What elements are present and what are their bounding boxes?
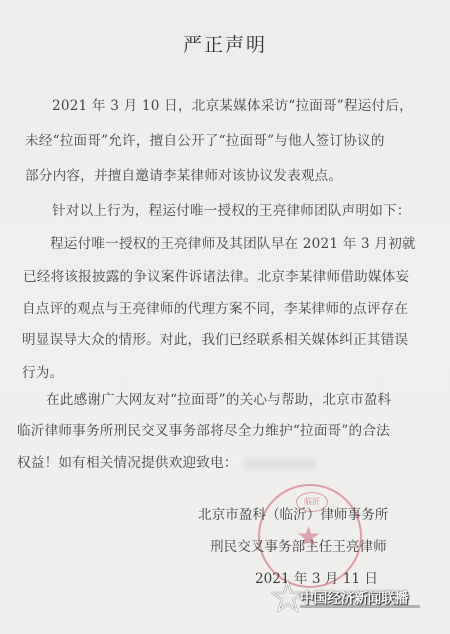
document-title: 严正声明 [0, 30, 450, 57]
statement-document: 严正声明 2021 年 3 月 10 日，北京某媒体采访“拉面哥”程运付后， 未… [0, 0, 450, 634]
paragraph-3-line-3: 自点评的观点与王亮律师的代理方案不同，李某律师的点评存在 [22, 297, 408, 317]
contact-prompt: 权益！如有相关情况提供欢迎致电： [17, 455, 238, 471]
signature-position: 刑民交叉事务部主任王亮律师 [210, 535, 387, 555]
paragraph-3-line-4: 明显误导大众的情形。对此，我们已经联系相关媒体纠正其错误 [22, 328, 408, 348]
paragraph-3-line-5: 行为。 [22, 361, 63, 381]
paragraph-2-line-1: 针对以上行为，程运付唯一授权的王亮律师团队声明如下： [52, 199, 411, 219]
paragraph-4-line-3: 权益！如有相关情况提供欢迎致电： [17, 451, 317, 471]
signature-firm: 北京市盈科（临沂）律师事务所 [198, 503, 388, 523]
watermark-underline [300, 605, 420, 608]
paragraph-1-line-1: 2021 年 3 月 10 日，北京某媒体采访“拉面哥”程运付后， [52, 94, 413, 114]
redacted-phone-number [242, 458, 317, 470]
paragraph-1-line-2: 未经“拉面哥”允许，擅自公开了“拉面哥”与他人签订协议的 [25, 129, 385, 149]
paragraph-3-line-1: 程运付唯一授权的王亮律师及其团队早在 2021 年 3 月初就 [50, 232, 416, 252]
paragraph-4-line-1: 在此感谢广大网友对“拉面哥”的关心与帮助，北京市盈科 [46, 388, 391, 408]
paragraph-4-line-2: 临沂律师事务所刑民交叉事务部将尽全力维护“拉面哥”的合法 [17, 419, 390, 439]
paragraph-3-line-2: 已经将该报披露的争议案件诉诸法律。北京李某律师借助媒体妄 [23, 265, 409, 285]
paragraph-1-line-3: 部分内容，并擅自邀请李某律师对该协议发表观点。 [25, 164, 342, 184]
